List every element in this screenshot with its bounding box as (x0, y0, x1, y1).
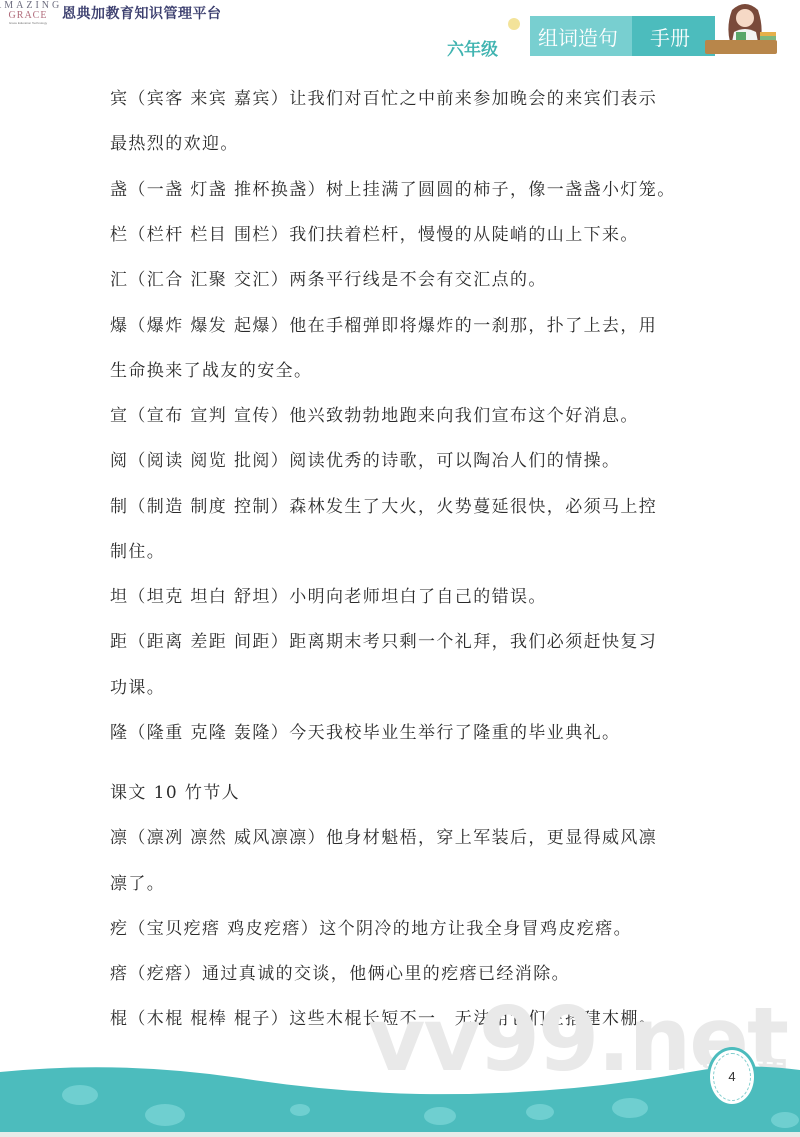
page-number: 4 (728, 1069, 735, 1084)
text-line: 最热烈的欢迎。 (110, 129, 239, 154)
banner-right-text: 手册 (650, 22, 690, 51)
text-line: 生命换来了战友的安全。 (110, 356, 312, 381)
text-line: 汇（汇合 汇聚 交汇）两条平行线是不会有交汇点的。 (110, 265, 547, 290)
text-line: 爆（爆炸 爆发 起爆）他在手榴弹即将爆炸的一刹那，扑了上去，用 (110, 311, 657, 336)
text-line: 距（距离 差距 间距）距离期末考只剩一个礼拜，我们必须赶快复习 (110, 627, 657, 652)
logo-line-3: Grace Education Technology (0, 21, 56, 25)
text-line: 凛了。 (110, 869, 165, 894)
platform-title: 恩典加教育知识管理平台 (62, 3, 222, 23)
text-line: 制住。 (110, 537, 165, 562)
text-line: 功课。 (110, 673, 165, 698)
desk-illustration (705, 40, 777, 54)
text-line: 栏（栏杆 栏目 围栏）我们扶着栏杆，慢慢的从陡峭的山上下来。 (110, 220, 639, 245)
wave-footer (0, 1050, 800, 1137)
text-line: 凛（凛冽 凛然 威风凛凛）他身材魁梧，穿上军装后，更显得威风凛 (110, 823, 657, 848)
lesson-heading: 课文 10 竹节人 (110, 778, 240, 803)
amazing-grace-logo: AMAZING GRACE Grace Education Technology (0, 0, 56, 30)
text-line: 盏（一盏 灯盏 推杯换盏）树上挂满了圆圆的柿子，像一盏盏小灯笼。 (110, 175, 676, 200)
text-line: 宣（宣布 宣判 宣传）他兴致勃勃地跑来向我们宣布这个好消息。 (110, 401, 639, 426)
text-line: 坦（坦克 坦白 舒坦）小明向老师坦白了自己的错误。 (110, 582, 547, 607)
text-line: 宾（宾客 来宾 嘉宾）让我们对百忙之中前来参加晚会的来宾们表示 (110, 84, 657, 109)
title-banner-left: 组词造句 (530, 16, 632, 56)
page-number-badge: 4 (707, 1047, 757, 1107)
grade-label: 六年级 (447, 35, 498, 60)
banner-left-text: 组词造句 (538, 22, 618, 51)
page-header: AMAZING GRACE Grace Education Technology… (0, 0, 800, 70)
text-line: 制（制造 制度 控制）森林发生了大火，火势蔓延很快，必须马上控 (110, 492, 657, 517)
logo-line-2: GRACE (0, 11, 56, 21)
text-line: 疙（宝贝疙瘩 鸡皮疙瘩）这个阴冷的地方让我全身冒鸡皮疙瘩。 (110, 914, 632, 939)
text-line: 阅（阅读 阅览 批阅）阅读优秀的诗歌，可以陶冶人们的情操。 (110, 446, 620, 471)
text-line: 隆（隆重 克隆 轰隆）今天我校毕业生举行了隆重的毕业典礼。 (110, 718, 620, 743)
text-line: 瘩（疙瘩）通过真诚的交谈，他俩心里的疙瘩已经消除。 (110, 959, 570, 984)
lightbulb-icon (508, 18, 520, 30)
